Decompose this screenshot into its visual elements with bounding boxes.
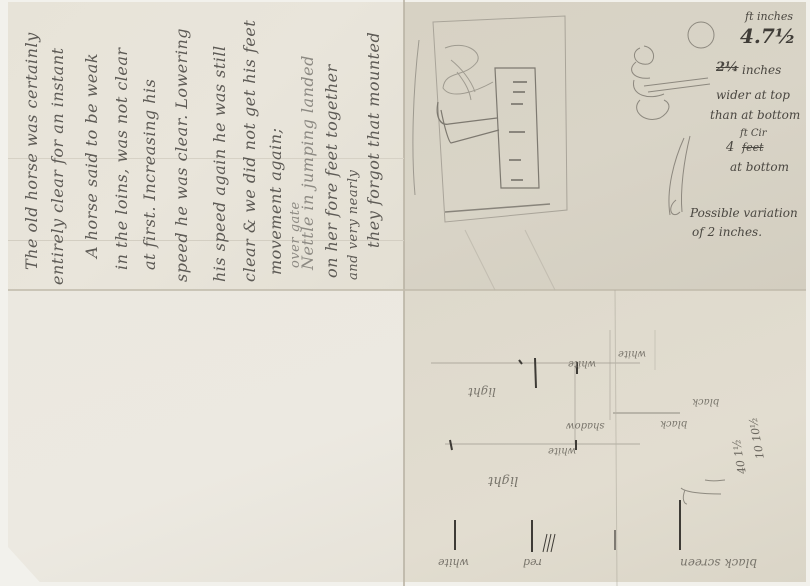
measure-value: 4.7½ — [740, 24, 796, 48]
letter-line: they forgot that mounted — [364, 32, 383, 248]
diagram-label: black — [660, 418, 687, 429]
circumference-struck: feet — [742, 141, 764, 154]
variation-note-line: of 2 inches. — [692, 225, 762, 239]
letter-line: at first. Increasing his — [140, 79, 159, 270]
letter-line: and very nearly — [346, 170, 361, 280]
circumference-prefix: 4 — [726, 140, 734, 155]
letter-line: speed he was clear. Lowering — [172, 28, 191, 282]
diagram-label: white — [548, 445, 576, 456]
width-note-line: inches — [742, 63, 781, 77]
letter-line: entirely clear for an instant — [48, 47, 67, 285]
diagram-label: red — [523, 556, 542, 569]
diagram-label: light — [488, 473, 518, 488]
letter-line: in the loins, was not clear — [112, 47, 131, 270]
pencil-sketch-panel — [405, 0, 605, 290]
diagram-label: black screen — [680, 556, 757, 570]
diagram-label: shadow — [566, 420, 605, 431]
circumference-unit: ft Cir — [740, 128, 767, 139]
letter-line: his speed again he was still — [210, 45, 229, 282]
diagram-label: black — [692, 396, 719, 407]
width-note-line: wider at top — [716, 88, 790, 102]
width-note-line: than at bottom — [710, 108, 800, 122]
pencil-diagram — [405, 290, 807, 586]
letter-line: on her fore feet together — [322, 64, 341, 278]
diagram-label: light — [468, 385, 496, 399]
faint-ruled-line — [8, 158, 404, 159]
blank-quadrant — [8, 290, 404, 582]
letter-line: Nettle in jumping landed — [298, 55, 317, 270]
faint-ruled-line — [8, 240, 404, 241]
letter-line: The old horse was certainly — [22, 32, 41, 270]
variation-note-line: Possible variation — [690, 206, 798, 220]
manuscript-sheet: The old horse was certainly entirely cle… — [0, 0, 810, 586]
letter-line: clear & we did not get his feet — [240, 20, 259, 282]
letter-quadrant — [8, 2, 404, 290]
letter-line: movement again; — [266, 128, 285, 275]
diagram-label: white — [618, 348, 646, 359]
diagram-label: white — [438, 556, 469, 569]
circumference-line: at bottom — [730, 160, 789, 174]
diagram-label: white — [568, 358, 596, 369]
struck-width-value: 2¼ — [716, 60, 739, 75]
measure-unit-label: ft inches — [745, 10, 793, 23]
letter-line: A horse said to be weak — [82, 53, 101, 258]
